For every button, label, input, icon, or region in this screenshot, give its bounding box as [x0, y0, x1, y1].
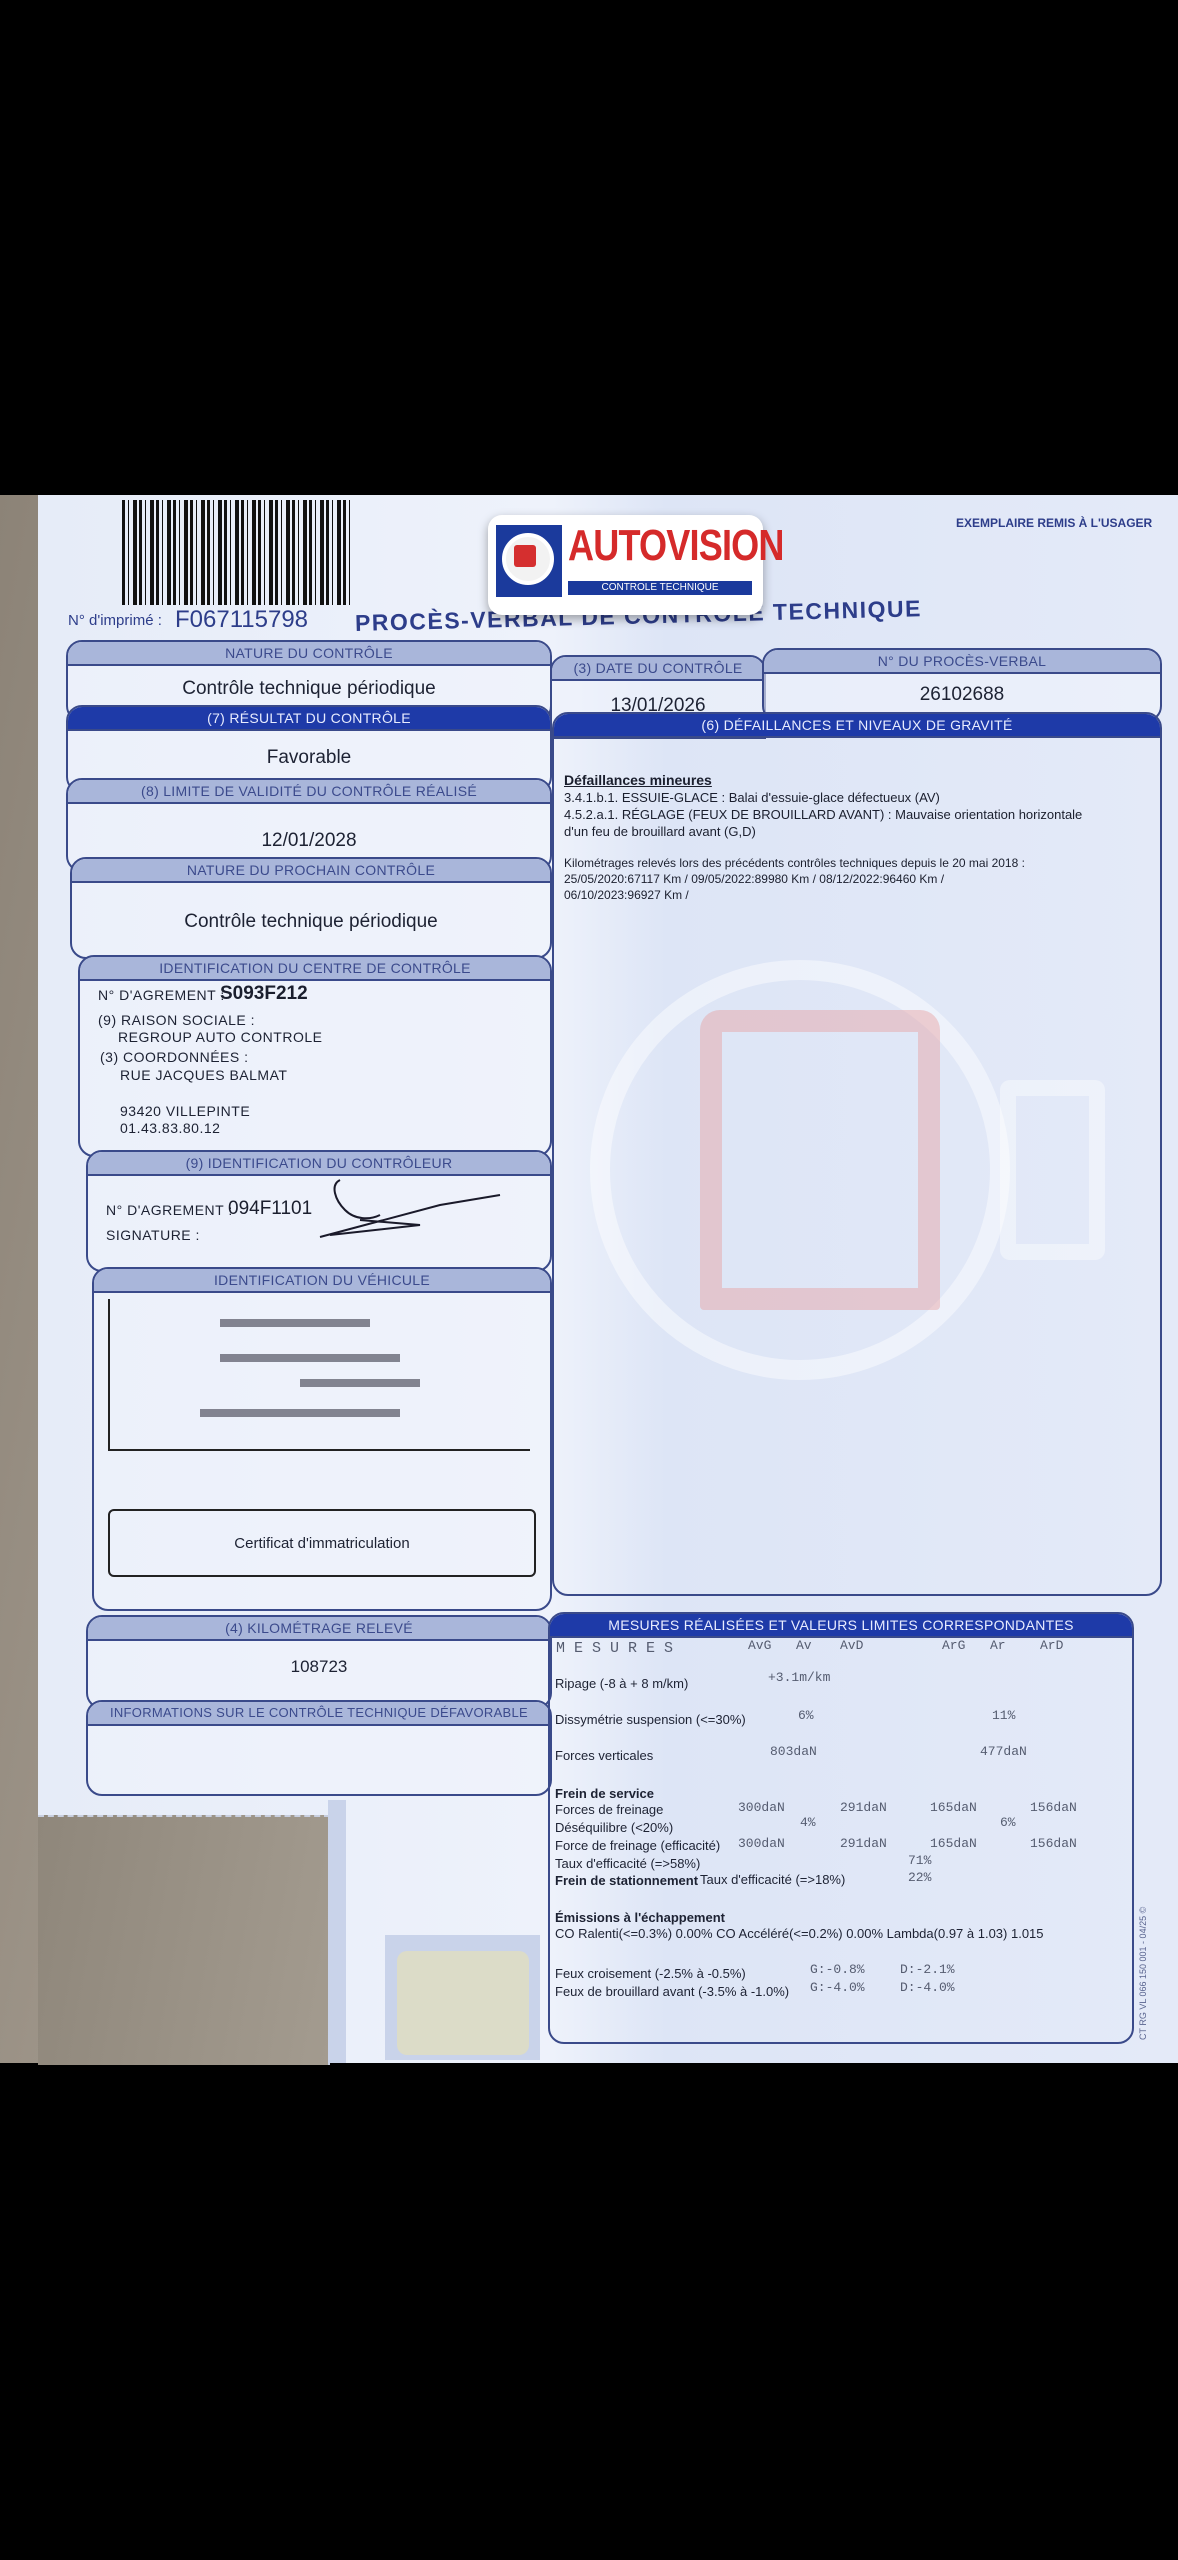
feux-croisement-d: D:-2.1%: [900, 1962, 955, 1977]
resultat-header: (7) RÉSULTAT DU CONTRÔLE: [68, 707, 550, 731]
prochain-controle-box: NATURE DU PROCHAIN CONTRÔLE Contrôle tec…: [70, 857, 552, 959]
dissymetrie-av: 6%: [798, 1708, 814, 1723]
desequilibre-av: 4%: [800, 1815, 816, 1830]
kilometrage-box: (4) KILOMÉTRAGE RELEVÉ 108723: [86, 1615, 552, 1709]
feux-croisement-g: G:-0.8%: [810, 1962, 865, 1977]
frein-stationnement-taux-label: Taux d'efficacité (=>18%): [700, 1872, 845, 1887]
raison-sociale: REGROUP AUTO CONTROLE: [118, 1029, 322, 1045]
dissymetrie-ar: 11%: [992, 1708, 1015, 1723]
centre-address: RUE JACQUES BALMAT: [120, 1067, 287, 1083]
col-av: Av: [796, 1638, 812, 1653]
signature: [300, 1175, 510, 1245]
controleur-agrement-label: N° D'AGREMENT :: [106, 1202, 233, 1218]
ripage-label: Ripage (-8 à + 8 m/km): [555, 1676, 688, 1691]
centre-header: IDENTIFICATION DU CENTRE DE CONTRÔLE: [80, 957, 550, 981]
nature-controle-header: NATURE DU CONTRÔLE: [68, 642, 550, 666]
resultat-value: Favorable: [68, 747, 550, 769]
col-avg: AvG: [748, 1638, 771, 1653]
autovision-emblem-icon: [496, 525, 562, 597]
signature-label: SIGNATURE :: [106, 1227, 200, 1243]
forces-verticales-label: Forces verticales: [555, 1748, 653, 1763]
col-ar: Ar: [990, 1638, 1006, 1653]
raison-sociale-label: (9) RAISON SOCIALE :: [98, 1012, 255, 1028]
efficacite-arg: 165daN: [930, 1836, 977, 1851]
forces-freinage-avg: 300daN: [738, 1800, 785, 1815]
vehicule-header: IDENTIFICATION DU VÉHICULE: [94, 1269, 550, 1293]
sticker-label: [385, 1935, 540, 2060]
centre-box: IDENTIFICATION DU CENTRE DE CONTRÔLE N° …: [78, 955, 552, 1157]
defavorable-box: INFORMATIONS SUR LE CONTRÔLE TECHNIQUE D…: [86, 1700, 552, 1796]
vehicule-box: IDENTIFICATION DU VÉHICULE Certificat d'…: [92, 1267, 552, 1611]
defaillances-box: (6) DÉFAILLANCES ET NIVEAUX DE GRAVITÉ D…: [552, 712, 1162, 1596]
prochain-controle-header: NATURE DU PROCHAIN CONTRÔLE: [72, 859, 550, 883]
defavorable-header: INFORMATIONS SUR LE CONTRÔLE TECHNIQUE D…: [88, 1702, 550, 1726]
centre-city: 93420 VILLEPINTE: [120, 1103, 250, 1119]
validite-value: 12/01/2028: [68, 830, 550, 852]
date-controle-header: (3) DATE DU CONTRÔLE: [552, 657, 764, 681]
forces-freinage-avd: 291daN: [840, 1800, 887, 1815]
taux-efficacite-value: 71%: [908, 1853, 931, 1868]
mesures-header: MESURES RÉALISÉES ET VALEURS LIMITES COR…: [550, 1614, 1132, 1638]
copy-note: EXEMPLAIRE REMIS À L'USAGER: [956, 516, 1152, 530]
frein-service-label: Frein de service: [555, 1786, 654, 1801]
desequilibre-ar: 6%: [1000, 1815, 1016, 1830]
print-number: F067115798: [175, 606, 308, 634]
validite-header: (8) LIMITE DE VALIDITÉ DU CONTRÔLE RÉALI…: [68, 780, 550, 804]
prochain-controle-value: Contrôle technique périodique: [72, 911, 550, 933]
emissions-values: CO Ralenti(<=0.3%) 0.00% CO Accéléré(<=0…: [555, 1926, 1044, 1941]
emissions-label: Émissions à l'échappement: [555, 1910, 725, 1925]
desequilibre-label: Déséquilibre (<20%): [555, 1820, 673, 1835]
defaillances-category: Défaillances mineures: [564, 772, 712, 788]
logo-tagline: CONTROLE TECHNIQUE AUTOMOBILE: [568, 581, 752, 595]
col-avd: AvD: [840, 1638, 863, 1653]
efficacite-avd: 291daN: [840, 1836, 887, 1851]
autovision-logo: AUTOVISION CONTROLE TECHNIQUE AUTOMOBILE: [488, 515, 763, 615]
kilometrage-value: 108723: [88, 1657, 550, 1677]
forces-verticales-ar: 477daN: [980, 1744, 1027, 1759]
feux-brouillard-label: Feux de brouillard avant (-3.5% à -1.0%): [555, 1984, 789, 1999]
col-arg: ArG: [942, 1638, 965, 1653]
no-pv-box: N° DU PROCÈS-VERBAL 26102688: [762, 648, 1162, 722]
defaillance-item: 3.4.1.b.1. ESSUIE-GLACE : Balai d'essuie…: [564, 790, 940, 805]
feux-brouillard-g: G:-4.0%: [810, 1980, 865, 1995]
nature-controle-value: Contrôle technique périodique: [68, 678, 550, 700]
frein-stationnement-label: Frein de stationnement: [555, 1873, 698, 1888]
centre-agrement: S093F212: [220, 983, 308, 1005]
km-history-line: 25/05/2020:67117 Km / 09/05/2022:89980 K…: [564, 872, 944, 886]
centre-phone: 01.43.83.80.12: [120, 1120, 220, 1136]
print-number-label: N° d'imprimé :: [68, 612, 162, 629]
centre-agrement-label: N° D'AGREMENT :: [98, 987, 225, 1003]
perforated-edge: [328, 1800, 346, 2063]
forces-freinage-label: Forces de freinage: [555, 1802, 663, 1817]
vehicle-info-redacted: [108, 1299, 530, 1451]
efficacite-avg: 300daN: [738, 1836, 785, 1851]
efficacite-ard: 156daN: [1030, 1836, 1077, 1851]
logo-brand: AUTOVISION: [568, 521, 784, 571]
forces-verticales-av: 803daN: [770, 1744, 817, 1759]
document-type-box: Certificat d'immatriculation: [108, 1509, 536, 1577]
controleur-header: (9) IDENTIFICATION DU CONTRÔLEUR: [88, 1152, 550, 1176]
document-type: Certificat d'immatriculation: [110, 1535, 534, 1552]
barcode: [122, 500, 354, 605]
torn-corner: [38, 1815, 330, 2065]
km-history-line: 06/10/2023:96927 Km /: [564, 888, 689, 902]
km-history-title: Kilométrages relevés lors des précédents…: [564, 856, 1025, 870]
feux-croisement-label: Feux croisement (-2.5% à -0.5%): [555, 1966, 746, 1981]
col-ard: ArD: [1040, 1638, 1063, 1653]
mesures-columns-label: M E S U R E S: [556, 1640, 673, 1657]
coordonnees-label: (3) COORDONNÉES :: [100, 1049, 249, 1065]
feux-brouillard-d: D:-4.0%: [900, 1980, 955, 1995]
efficacite-label: Force de freinage (efficacité): [555, 1838, 720, 1853]
form-reference-code: CT RG VL 066 150 001 - 04/25 ©: [1138, 1907, 1148, 2040]
forces-freinage-ard: 156daN: [1030, 1800, 1077, 1815]
no-pv-header: N° DU PROCÈS-VERBAL: [764, 650, 1160, 674]
defaillance-item: d'un feu de brouillard avant (G,D): [564, 824, 756, 839]
dissymetrie-label: Dissymétrie suspension (<=30%): [555, 1712, 746, 1727]
defaillances-header: (6) DÉFAILLANCES ET NIVEAUX DE GRAVITÉ: [554, 714, 1160, 738]
ripage-value: +3.1m/km: [768, 1670, 830, 1685]
kilometrage-header: (4) KILOMÉTRAGE RELEVÉ: [88, 1617, 550, 1641]
frein-stationnement-taux: 22%: [908, 1870, 931, 1885]
forces-freinage-arg: 165daN: [930, 1800, 977, 1815]
defaillance-item: 4.5.2.a.1. RÉGLAGE (FEUX DE BROUILLARD A…: [564, 807, 1082, 822]
no-pv-value: 26102688: [764, 684, 1160, 706]
taux-efficacite-label: Taux d'efficacité (=>58%): [555, 1856, 700, 1871]
